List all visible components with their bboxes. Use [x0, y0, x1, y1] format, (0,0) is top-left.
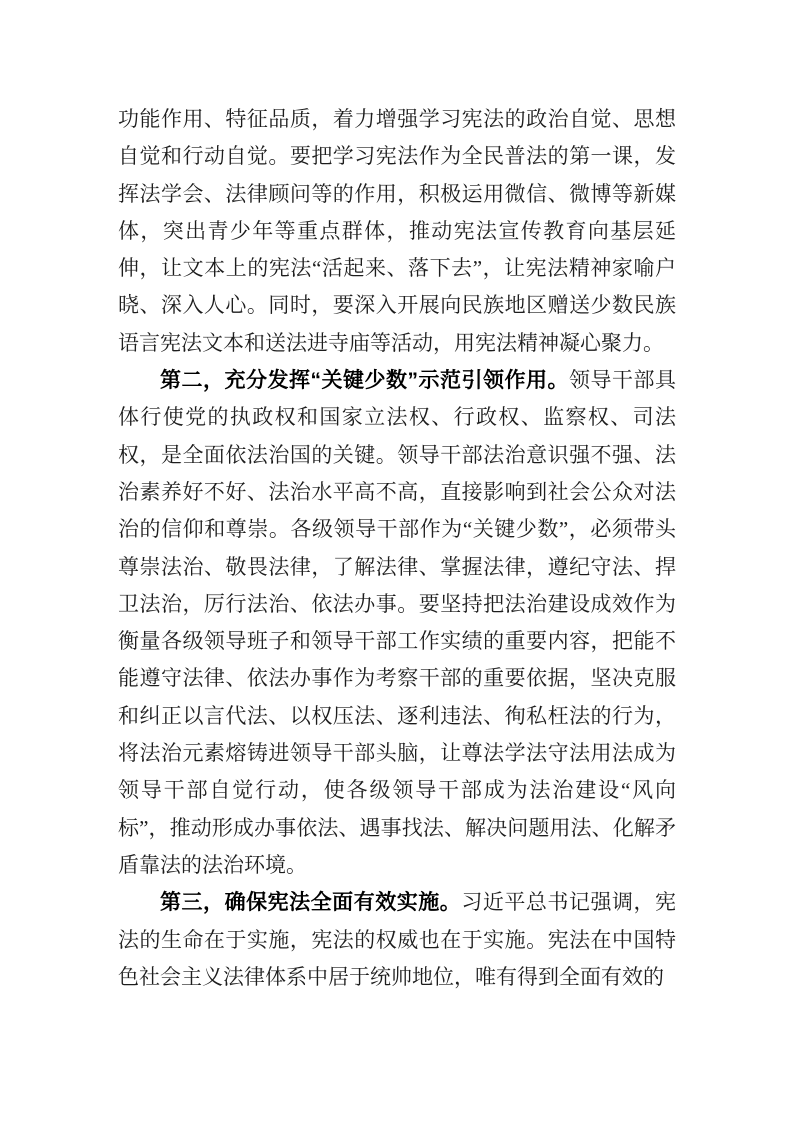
paragraph-third-point: 第三，确保宪法全面有效实施。习近平总书记强调，宪法的生命在于实施，宪法的权威也在…	[118, 884, 676, 996]
paragraph-continuation-text: 功能作用、特征品质，着力增强学习宪法的政治自觉、思想自觉和行动自觉。要把学习宪法…	[118, 107, 676, 355]
paragraph-continuation: 功能作用、特征品质，着力增强学习宪法的政治自觉、思想自觉和行动自觉。要把学习宪法…	[118, 101, 676, 362]
document-page: 功能作用、特征品质，着力增强学习宪法的政治自觉、思想自觉和行动自觉。要把学习宪法…	[0, 0, 793, 1122]
paragraph-second-point-heading: 第二，充分发挥“关键少数”示范引领作用。	[160, 369, 569, 392]
paragraph-second-point-text: 领导干部具体行使党的执政权和国家立法权、行政权、监察权、司法权，是全面依法治国的…	[118, 368, 676, 877]
document-body: 功能作用、特征品质，着力增强学习宪法的政治自觉、思想自觉和行动自觉。要把学习宪法…	[118, 101, 676, 996]
paragraph-third-point-heading: 第三，确保宪法全面有效实施。	[160, 891, 461, 914]
paragraph-second-point: 第二，充分发挥“关键少数”示范引领作用。领导干部具体行使党的执政权和国家立法权、…	[118, 362, 676, 884]
